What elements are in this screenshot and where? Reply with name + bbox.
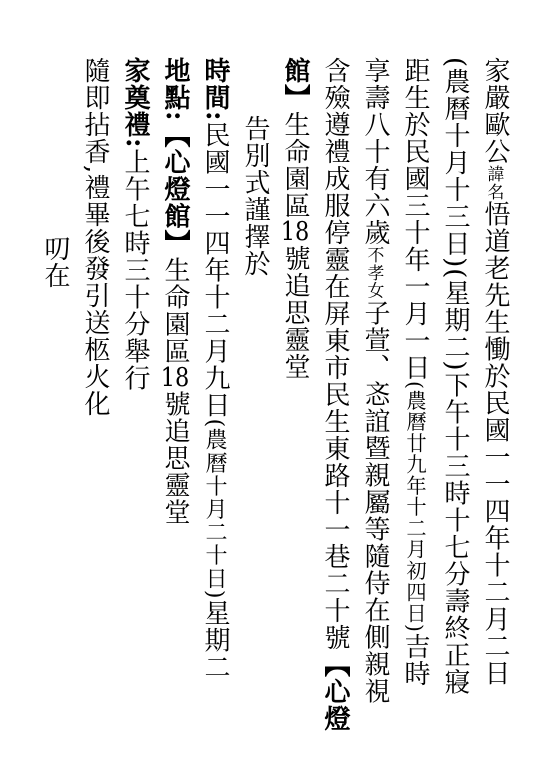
venue-name: 【心燈館】 — [160, 122, 190, 257]
taboo-name-label: 諱名 — [485, 165, 505, 201]
obituary-notice-page: 家嚴歐公諱名悟道老先生慟於民國一一四年十二月二日 (農曆十月十三日)(星期二)下… — [0, 0, 552, 783]
ceremony-weekday: 星期二 — [200, 600, 230, 681]
venue-name-close: 館】 — [280, 57, 310, 111]
ceremony-date: 民國一一四年十二月九日 — [200, 122, 230, 419]
column-encoffin-venue: 含殮遵禮成服停靈在屏東市民生東路十一巷二十號【心燈 — [315, 57, 355, 773]
obituary-text-block: 家嚴歐公諱名悟道老先生慟於民國一一四年十二月二日 (農曆十月十三日)(星期二)下… — [35, 57, 515, 773]
cremation-statement: 柩火化 — [80, 336, 110, 417]
death-lunar-date-weekday-time: (農曆十月十三日)(星期二)下午十三時十七分壽終正寢 — [440, 57, 470, 696]
venue-area: 生命園區 — [160, 257, 190, 365]
ceremony-lunar-date: (農曆十月二十日) — [202, 419, 228, 600]
closing-char-dao: 叨 — [40, 235, 70, 262]
place-label: 地點: — [160, 57, 190, 122]
unfilial-daughters-label: 不孝女 — [365, 246, 385, 300]
death-statement: 老先生慟於民國一一四年十二月二日 — [480, 255, 510, 687]
venue-number: 18 — [280, 219, 310, 245]
age-statement: 享壽八十有六歲 — [360, 57, 390, 246]
family-rite-time: 上午七時三十分舉行 — [120, 149, 150, 392]
column-procession: 隨即拈香,禮畢後發引送柩火化 — [75, 57, 115, 773]
daughters-names: 子萱、忞誼 — [360, 300, 390, 435]
closing-char-zai: 在 — [40, 262, 70, 289]
venue-hall: 號追思靈堂 — [160, 391, 190, 526]
time-label: 時間: — [200, 57, 230, 122]
venue-number: 18 — [160, 365, 190, 391]
column-ceremony-time: 時間:民國一一四年十二月九日(農曆十月二十日)星期二 — [195, 57, 235, 773]
venue-name-open: 【心燈 — [320, 651, 350, 732]
column-closing-phrase: 叨在 — [35, 57, 75, 773]
column-birth-date: 距生於民國三十年一月一日(農曆廿九年十二月初四日)吉時 — [395, 57, 435, 773]
birth-date-statement: 距生於民國三十年一月一日 — [400, 57, 430, 381]
family-rite-label: 家奠禮: — [120, 57, 150, 149]
column-death-announcement: 家嚴歐公諱名悟道老先生慟於民國一一四年十二月二日 — [475, 57, 515, 773]
encoffin-statement: 含殮遵禮成服停靈在屏東市民生東路十一巷二十號 — [320, 57, 350, 651]
column-venue-hall: 館】生命園區18號追思靈堂 — [275, 57, 315, 773]
relation-heading: 家嚴歐公 — [480, 57, 510, 165]
column-family-rite: 家奠禮:上午七時三十分舉行 — [115, 57, 155, 773]
column-ceremony-place: 地點:【心燈館】生命園區18號追思靈堂 — [155, 57, 195, 773]
birth-auspicious-hour: 吉時 — [400, 633, 430, 687]
column-farewell-ceremony: 告別式謹擇於 — [235, 57, 275, 773]
procession-statement: 隨即拈香,禮畢後發引送 — [80, 57, 110, 336]
family-attendance-statement: 暨親屬等隨侍在側親視 — [360, 435, 390, 705]
venue-area: 生命園區 — [280, 111, 310, 219]
venue-hall: 號追思靈堂 — [280, 245, 310, 380]
column-age-and-family: 享壽八十有六歲不孝女子萱、忞誼暨親屬等隨侍在側親視 — [355, 57, 395, 773]
column-death-date-detail: (農曆十月十三日)(星期二)下午十三時十七分壽終正寢 — [435, 57, 475, 773]
farewell-ceremony-statement: 告別式謹擇於 — [240, 115, 270, 277]
deceased-given-name: 悟道 — [480, 201, 510, 255]
birth-lunar-date: (農曆廿九年十二月初四日) — [403, 381, 427, 633]
